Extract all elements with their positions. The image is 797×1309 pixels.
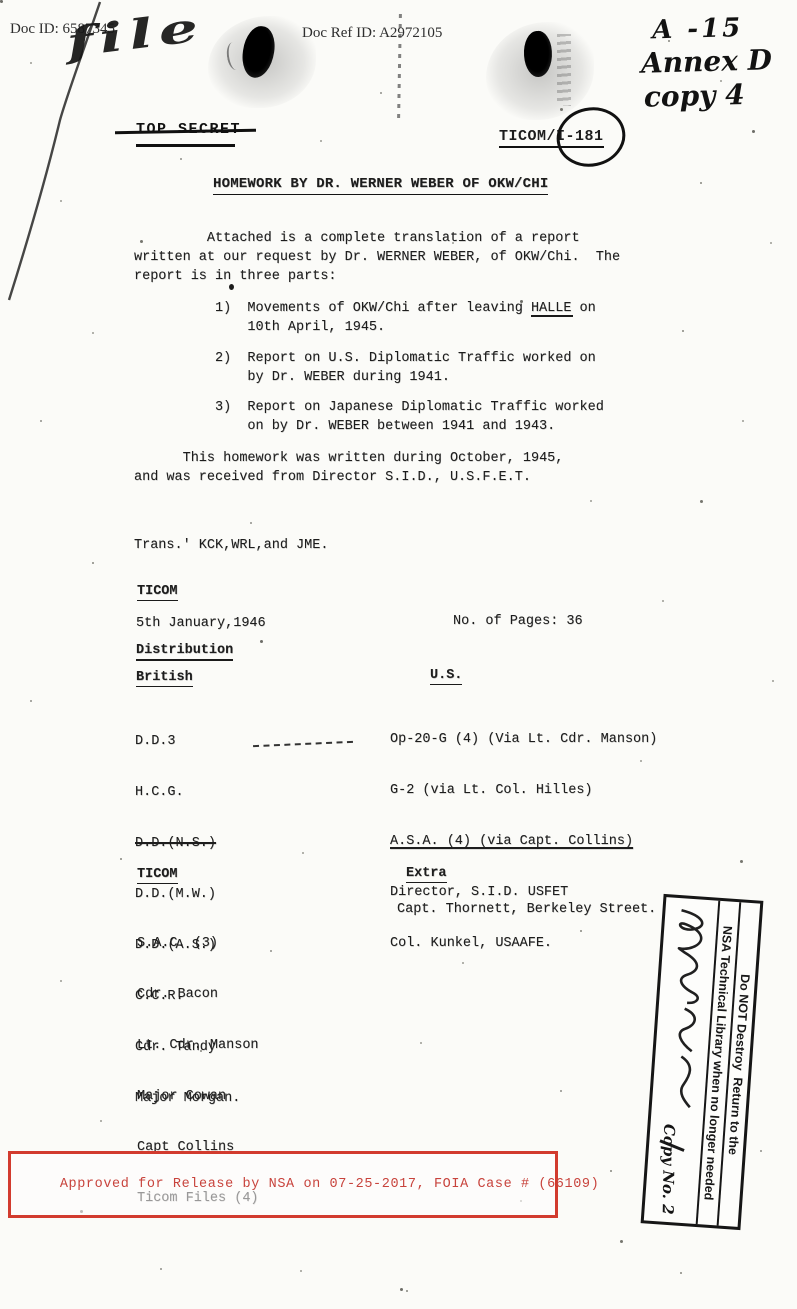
- strike-dashes: [253, 741, 353, 747]
- foia-approval-text: Approved for Release by NSA on 07-25-201…: [60, 1177, 599, 1192]
- translators-line: Trans.' KCK,WRL,and JME.: [134, 536, 328, 555]
- list-item-underlined: A.S.A. (4) (via Capt. Collins): [390, 833, 657, 850]
- list-item: Director, S.I.D. USFET: [390, 884, 657, 901]
- list-item: D.D.3: [135, 733, 240, 750]
- list-item: S.A.C. (3): [137, 935, 259, 952]
- extra-heading: Extra: [406, 866, 447, 883]
- handwritten-annotations: A -15 Annex D copy 4: [640, 12, 774, 113]
- scanned-document-page: Doc ID: 6587345 Doc Ref ID: A2972105 fil…: [0, 0, 797, 1309]
- british-heading: British: [136, 670, 193, 687]
- handwritten-a15: A -15: [652, 12, 772, 45]
- list-item: Lt. Cdr. Manson: [137, 1037, 259, 1054]
- list-item: H.C.G.: [135, 784, 240, 801]
- halle-underline: [531, 315, 573, 317]
- list-item-struck: D.D.(N.S.): [135, 835, 240, 852]
- list-item: Col. Kunkel, USAAFE.: [390, 935, 657, 952]
- ticom-list-heading: TICOM: [137, 867, 178, 884]
- document-title: HOMEWORK BY DR. WERNER WEBER OF OKW/CHI: [213, 176, 548, 195]
- report-part-2: 2) Report on U.S. Diplomatic Traffic wor…: [215, 349, 596, 387]
- closing-paragraph: This homework was written during October…: [134, 449, 563, 487]
- us-distribution-list: Op-20-G (4) (Via Lt. Cdr. Manson) G-2 (v…: [390, 697, 657, 986]
- handwritten-copy-number: Copy No. 2: [659, 1124, 679, 1215]
- classification-underline: [136, 144, 235, 147]
- us-heading: U.S.: [430, 668, 462, 685]
- intro-paragraph: Attached is a complete translation of a …: [134, 229, 620, 286]
- extra-recipient: Capt. Thornett, Berkeley Street.: [397, 902, 656, 917]
- list-item: G-2 (via Lt. Col. Hilles): [390, 782, 657, 799]
- handwritten-copy: copy 4: [643, 77, 773, 113]
- handdrawn-circle: [551, 102, 631, 172]
- report-part-3: 3) Report on Japanese Diplomatic Traffic…: [215, 398, 604, 436]
- report-part-1: 1) Movements of OKW/Chi after leaving HA…: [215, 299, 596, 337]
- distribution-heading: Distribution: [136, 643, 233, 661]
- list-item: Cdr. Bacon: [137, 986, 259, 1003]
- list-item: Major Cowan: [137, 1088, 259, 1105]
- page-count: No. of Pages: 36: [453, 612, 583, 631]
- issue-date: 5th January,1946: [136, 614, 266, 633]
- stamp-remnant: [557, 34, 571, 106]
- foia-approval-stamp: Approved for Release by NSA on 07-25-201…: [8, 1151, 558, 1218]
- ticom-heading: TICOM: [137, 584, 178, 601]
- doc-ref-id: Doc Ref ID: A2972105: [302, 25, 442, 42]
- handwritten-annex: Annex D: [641, 43, 773, 79]
- nsa-library-stamp: Do NOT Destroy Return to the NSA Technic…: [641, 894, 764, 1230]
- list-item: Op-20-G (4) (Via Lt. Cdr. Manson): [390, 731, 657, 748]
